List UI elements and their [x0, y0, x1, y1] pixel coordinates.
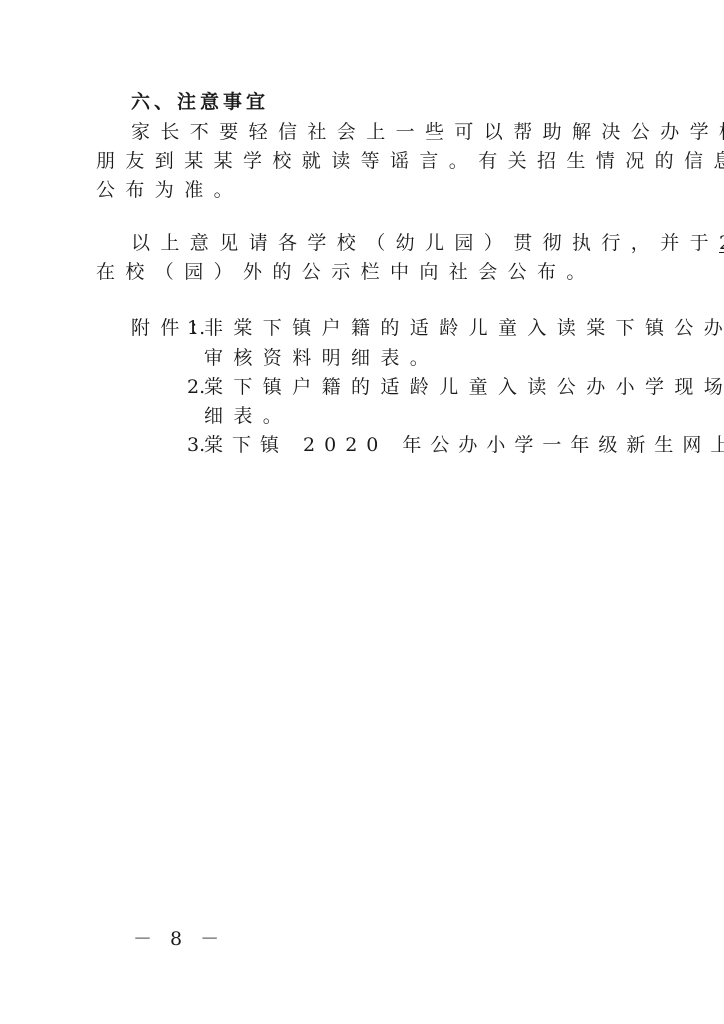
section-heading: 六、注意事宜	[131, 88, 269, 117]
page-number: － 8 －	[133, 924, 225, 951]
attachment-number-3: 3.	[187, 431, 205, 460]
attachment-item-1-cont: 审核资料明细表。	[204, 344, 439, 373]
attachment-item-1: 非棠下镇户籍的适龄儿童入读棠下镇公办小学报名条件及	[204, 314, 724, 343]
instruction-line-2: 在校（园）外的公示栏中向社会公布。	[96, 258, 596, 287]
attachment-item-2-cont: 细表。	[204, 402, 292, 431]
attachment-number-1: 1.	[187, 314, 205, 343]
attachment-item-2: 棠下镇户籍的适龄儿童入读公办小学现场报名审核资料明	[204, 373, 724, 402]
attachment-number-2: 2.	[187, 373, 205, 402]
attachment-item-3: 棠下镇 2020 年公办小学一年级新生网上报名流程图。	[204, 431, 724, 460]
instruction-line-1: 以上意见请各学校（幼儿园）贯彻执行，并于2020 年 5 月 11 日前	[131, 229, 724, 258]
instruction-text: 以上意见请各学校（幼儿园）贯彻执行，并于	[131, 232, 719, 254]
paragraph-line: 公布为准。	[96, 176, 243, 205]
paragraph-line: 朋友到某某学校就读等谣言。有关招生情况的信息，以棠下镇中心学校	[96, 147, 724, 176]
paragraph-line: 家长不要轻信社会上一些可以帮助解决公办学校报名、可以安排小	[131, 118, 724, 147]
document-page: 六、注意事宜 家长不要轻信社会上一些可以帮助解决公办学校报名、可以安排小 朋友到…	[0, 0, 724, 1024]
deadline-date: 2020 年 5 月 11 日	[719, 232, 724, 254]
